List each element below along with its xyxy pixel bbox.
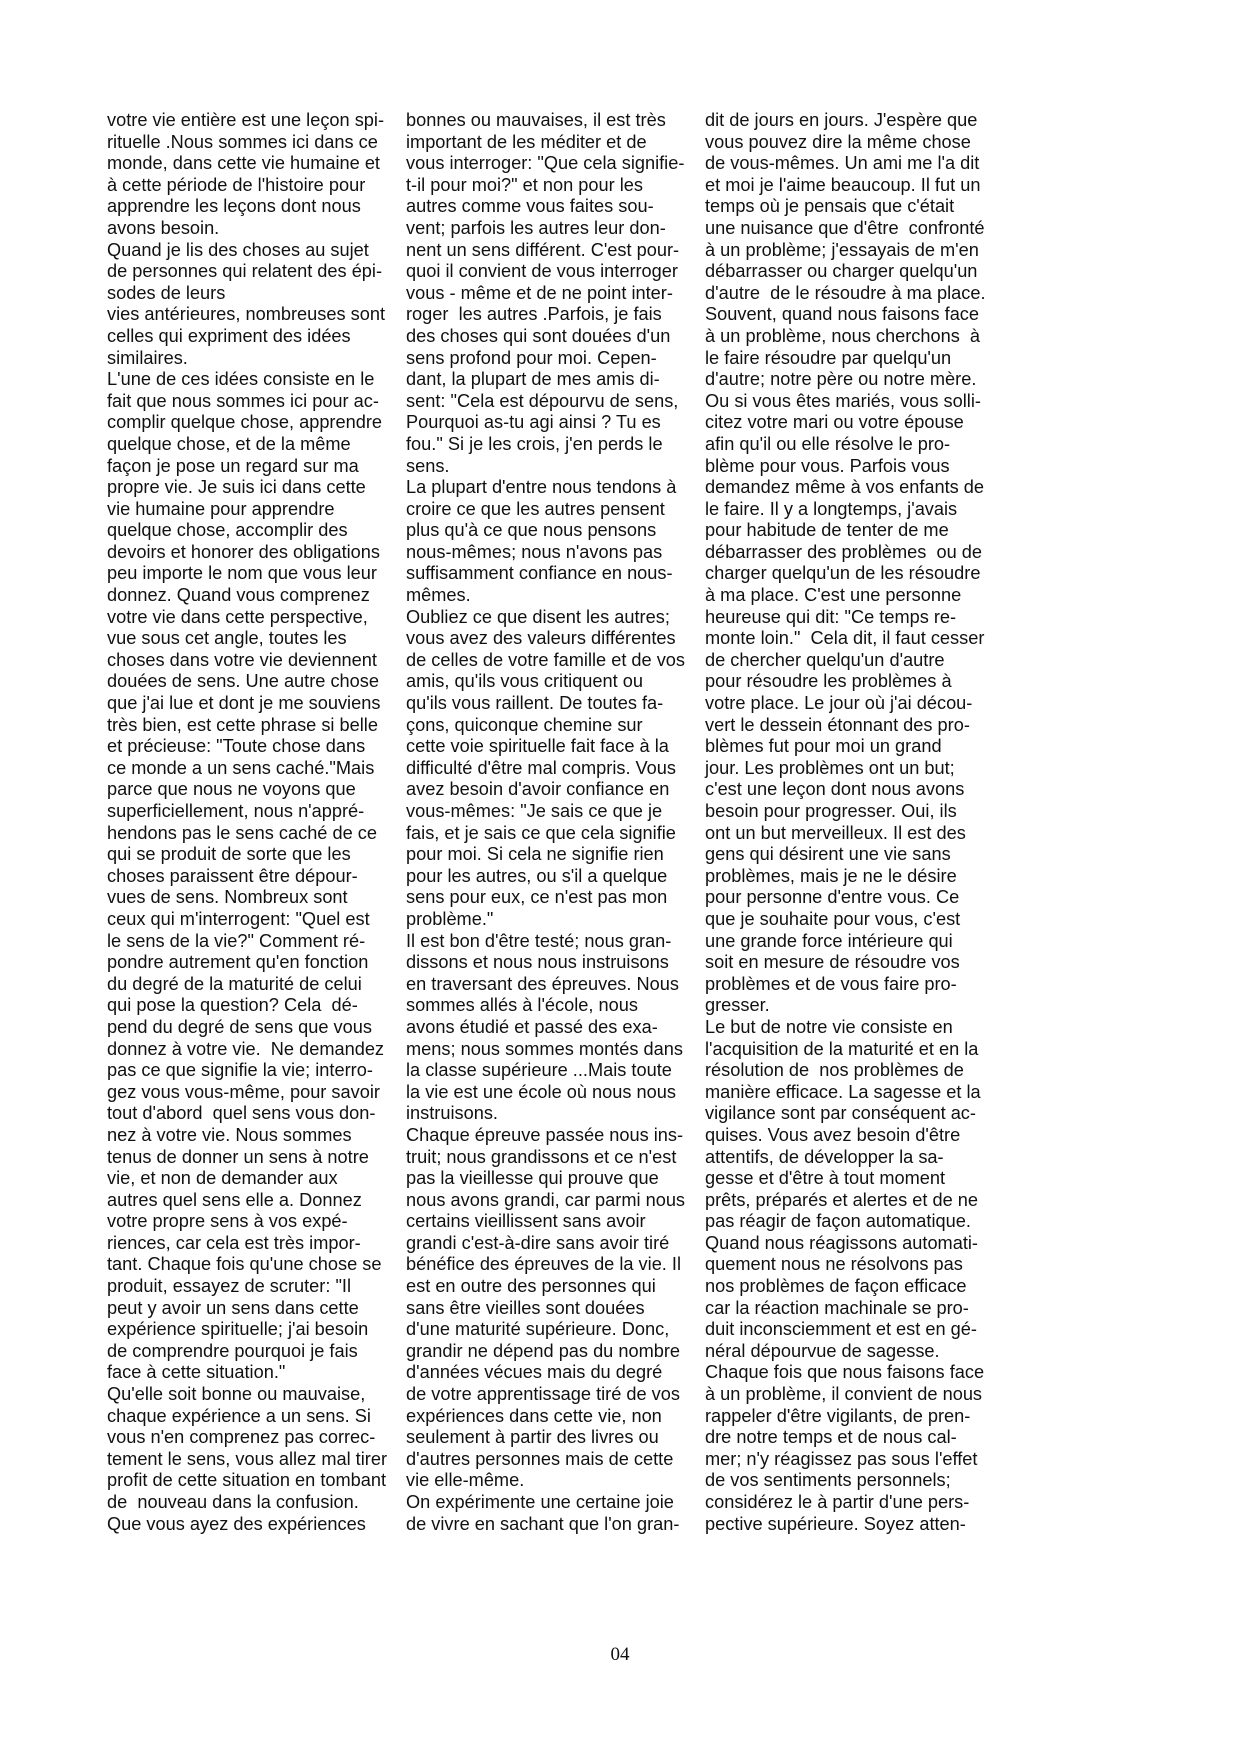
text-line: problèmes, mais je ne le désire: [705, 866, 1005, 888]
text-line: pondre autrement qu'en fonction: [107, 952, 397, 974]
text-line: vie humaine pour apprendre: [107, 499, 397, 521]
text-line: quelque chose, et de la même: [107, 434, 397, 456]
text-line: pour résoudre les problèmes à: [705, 671, 1005, 693]
text-line: de vos sentiments personnels;: [705, 1470, 1005, 1492]
text-line: ceux qui m'interrogent: "Quel est: [107, 909, 397, 931]
text-line: considérez le à partir d'une pers-: [705, 1492, 1005, 1514]
text-line: ce monde a un sens caché."Mais: [107, 758, 397, 780]
text-line: sens pour eux, ce n'est pas mon: [406, 887, 696, 909]
text-line: que j'ai lue et dont je me souviens: [107, 693, 397, 715]
text-line: vies antérieures, nombreuses sont: [107, 304, 397, 326]
text-line: monde, dans cette vie humaine et: [107, 153, 397, 175]
text-line: L'une de ces idées consiste en le: [107, 369, 397, 391]
text-line: vie, et non de demander aux: [107, 1168, 397, 1190]
text-line: car la réaction machinale se pro-: [705, 1298, 1005, 1320]
text-line: quement nous ne résolvons pas: [705, 1254, 1005, 1276]
text-line: rappeler d'être vigilants, de pren-: [705, 1406, 1005, 1428]
text-line: hendons pas le sens caché de ce: [107, 823, 397, 845]
text-line: est en outre des personnes qui: [406, 1276, 696, 1298]
text-line: vous avez des valeurs différentes: [406, 628, 696, 650]
text-line: fou." Si je les crois, j'en perds le: [406, 434, 696, 456]
text-line: grandir ne dépend pas du nombre: [406, 1341, 696, 1363]
text-line: néral dépourvue de sagesse.: [705, 1341, 1005, 1363]
text-line: superficiellement, nous n'appré-: [107, 801, 397, 823]
text-line: roger les autres .Parfois, je fais: [406, 304, 696, 326]
text-line: de comprendre pourquoi je fais: [107, 1341, 397, 1363]
text-line: propre vie. Je suis ici dans cette: [107, 477, 397, 499]
text-line: sommes allés à l'école, nous: [406, 995, 696, 1017]
page-number: 04: [0, 1644, 1240, 1666]
text-line: face à cette situation.": [107, 1362, 397, 1384]
text-line: choses dans votre vie deviennent: [107, 650, 397, 672]
text-line: demandez même à vos enfants de: [705, 477, 1005, 499]
text-line: vous-mêmes: "Je sais ce que je: [406, 801, 696, 823]
text-line: tement le sens, vous allez mal tirer: [107, 1449, 397, 1471]
text-line: croire ce que les autres pensent: [406, 499, 696, 521]
text-line: sodes de leurs: [107, 283, 397, 305]
text-line: difficulté d'être mal compris. Vous: [406, 758, 696, 780]
text-line: Souvent, quand nous faisons face: [705, 304, 1005, 326]
text-line: mêmes.: [406, 585, 696, 607]
text-line: tant. Chaque fois qu'une chose se: [107, 1254, 397, 1276]
text-line: fait que nous sommes ici pour ac-: [107, 391, 397, 413]
text-line: débarrasser des problèmes ou de: [705, 542, 1005, 564]
text-line: de nouveau dans la confusion.: [107, 1492, 397, 1514]
text-line: gesse et d'être à tout moment: [705, 1168, 1005, 1190]
text-line: cette voie spirituelle fait face à la: [406, 736, 696, 758]
text-line: vous interroger: "Que cela signifie-: [406, 153, 696, 175]
text-line: pas réagir de façon automatique.: [705, 1211, 1005, 1233]
text-column-1: votre vie entière est une leçon spi-ritu…: [107, 110, 397, 1535]
text-line: le faire. Il y a longtemps, j'avais: [705, 499, 1005, 521]
text-line: nent un sens différent. C'est pour-: [406, 240, 696, 262]
text-line: pour habitude de tenter de me: [705, 520, 1005, 542]
text-line: que je souhaite pour vous, c'est: [705, 909, 1005, 931]
text-line: Quand nous réagissons automati-: [705, 1233, 1005, 1255]
text-line: pour personne d'entre vous. Ce: [705, 887, 1005, 909]
text-line: à un problème; j'essayais de m'en: [705, 240, 1005, 262]
text-line: attentifs, de développer la sa-: [705, 1147, 1005, 1169]
text-line: en traversant des épreuves. Nous: [406, 974, 696, 996]
text-line: une nuisance que d'être confronté: [705, 218, 1005, 240]
text-line: donnez à votre vie. Ne demandez: [107, 1039, 397, 1061]
text-line: tenus de donner un sens à notre: [107, 1147, 397, 1169]
text-line: parce que nous ne voyons que: [107, 779, 397, 801]
text-line: la vie est une école où nous nous: [406, 1082, 696, 1104]
text-line: dre notre temps et de nous cal-: [705, 1427, 1005, 1449]
text-line: jour. Les problèmes ont un but;: [705, 758, 1005, 780]
text-line: à cette période de l'histoire pour: [107, 175, 397, 197]
text-line: citez votre mari ou votre épouse: [705, 412, 1005, 434]
text-line: dit de jours en jours. J'espère que: [705, 110, 1005, 132]
text-line: vous - même et de ne point inter-: [406, 283, 696, 305]
text-line: problème.": [406, 909, 696, 931]
text-line: nez à votre vie. Nous sommes: [107, 1125, 397, 1147]
text-line: ont un but merveilleux. Il est des: [705, 823, 1005, 845]
text-line: blème pour vous. Parfois vous: [705, 456, 1005, 478]
text-line: et précieuse: "Toute chose dans: [107, 736, 397, 758]
text-line: de vous-mêmes. Un ami me l'a dit: [705, 153, 1005, 175]
text-line: pective supérieure. Soyez atten-: [705, 1514, 1005, 1536]
text-line: avez besoin d'avoir confiance en: [406, 779, 696, 801]
text-line: quelque chose, accomplir des: [107, 520, 397, 542]
text-line: vent; parfois les autres leur don-: [406, 218, 696, 240]
text-line: bonnes ou mauvaises, il est très: [406, 110, 696, 132]
text-line: qui se produit de sorte que les: [107, 844, 397, 866]
text-line: Chaque fois que nous faisons face: [705, 1362, 1005, 1384]
text-line: qui pose la question? Cela dé-: [107, 995, 397, 1017]
text-line: à ma place. C'est une personne: [705, 585, 1005, 607]
text-line: seulement à partir des livres ou: [406, 1427, 696, 1449]
text-line: peut y avoir un sens dans cette: [107, 1298, 397, 1320]
text-line: pas ce que signifie la vie; interro-: [107, 1060, 397, 1082]
text-line: peu importe le nom que vous leur: [107, 563, 397, 585]
text-column-2: bonnes ou mauvaises, il est trèsimportan…: [406, 110, 696, 1535]
text-line: autres quel sens elle a. Donnez: [107, 1190, 397, 1212]
text-line: vous n'en comprenez pas correc-: [107, 1427, 397, 1449]
text-line: avons besoin.: [107, 218, 397, 240]
text-line: c'est une leçon dont nous avons: [705, 779, 1005, 801]
text-line: produit, essayez de scruter: "Il: [107, 1276, 397, 1298]
text-line: gez vous vous-même, pour savoir: [107, 1082, 397, 1104]
text-line: La plupart d'entre nous tendons à: [406, 477, 696, 499]
text-line: Qu'elle soit bonne ou mauvaise,: [107, 1384, 397, 1406]
text-line: à un problème, il convient de nous: [705, 1384, 1005, 1406]
text-line: afin qu'il ou elle résolve le pro-: [705, 434, 1005, 456]
text-line: donnez. Quand vous comprenez: [107, 585, 397, 607]
text-line: dissons et nous nous instruisons: [406, 952, 696, 974]
text-line: pour les autres, ou s'il a quelque: [406, 866, 696, 888]
text-line: bénéfice des épreuves de la vie. Il: [406, 1254, 696, 1276]
text-line: suffisamment confiance en nous-: [406, 563, 696, 585]
text-line: la classe supérieure ...Mais toute: [406, 1060, 696, 1082]
text-line: Pourquoi as-tu agi ainsi ? Tu es: [406, 412, 696, 434]
text-line: de vivre en sachant que l'on gran-: [406, 1514, 696, 1536]
text-line: le sens de la vie?" Comment ré-: [107, 931, 397, 953]
text-line: nous avons grandi, car parmi nous: [406, 1190, 696, 1212]
text-line: sent: "Cela est dépourvu de sens,: [406, 391, 696, 413]
text-line: Quand je lis des choses au sujet: [107, 240, 397, 262]
text-line: à un problème, nous cherchons à: [705, 326, 1005, 348]
text-line: le faire résoudre par quelqu'un: [705, 348, 1005, 370]
text-line: çons, quiconque chemine sur: [406, 715, 696, 737]
text-line: vie elle-même.: [406, 1470, 696, 1492]
text-line: votre vie dans cette perspective,: [107, 607, 397, 629]
text-line: d'autres personnes mais de cette: [406, 1449, 696, 1471]
text-line: important de les méditer et de: [406, 132, 696, 154]
text-line: Que vous ayez des expériences: [107, 1514, 397, 1536]
text-line: vert le dessein étonnant des pro-: [705, 715, 1005, 737]
text-line: duit inconsciemment et est en gé-: [705, 1319, 1005, 1341]
text-line: riences, car cela est très impor-: [107, 1233, 397, 1255]
text-line: rituelle .Nous sommes ici dans ce: [107, 132, 397, 154]
text-line: quoi il convient de vous interroger: [406, 261, 696, 283]
text-line: manière efficace. La sagesse et la: [705, 1082, 1005, 1104]
text-line: apprendre les leçons dont nous: [107, 196, 397, 218]
text-line: tout d'abord quel sens vous don-: [107, 1103, 397, 1125]
text-line: avons étudié et passé des exa-: [406, 1017, 696, 1039]
text-line: dant, la plupart de mes amis di-: [406, 369, 696, 391]
text-line: votre place. Le jour où j'ai décou-: [705, 693, 1005, 715]
text-line: temps où je pensais que c'était: [705, 196, 1005, 218]
text-line: expérience spirituelle; j'ai besoin: [107, 1319, 397, 1341]
text-line: très bien, est cette phrase si belle: [107, 715, 397, 737]
text-line: et moi je l'aime beaucoup. Il fut un: [705, 175, 1005, 197]
text-line: l'acquisition de la maturité et en la: [705, 1039, 1005, 1061]
text-line: sens profond pour moi. Cepen-: [406, 348, 696, 370]
text-line: On expérimente une certaine joie: [406, 1492, 696, 1514]
text-line: prêts, préparés et alertes et de ne: [705, 1190, 1005, 1212]
text-line: nos problèmes de façon efficace: [705, 1276, 1005, 1298]
text-line: d'autre; notre père ou notre mère.: [705, 369, 1005, 391]
text-line: blèmes fut pour moi un grand: [705, 736, 1005, 758]
text-line: pour moi. Si cela ne signifie rien: [406, 844, 696, 866]
text-line: problèmes et de vous faire pro-: [705, 974, 1005, 996]
text-line: celles qui expriment des idées: [107, 326, 397, 348]
text-line: pas la vieillesse qui prouve que: [406, 1168, 696, 1190]
text-line: fais, et je sais ce que cela signifie: [406, 823, 696, 845]
text-line: mens; nous sommes montés dans: [406, 1039, 696, 1061]
text-line: de votre apprentissage tiré de vos: [406, 1384, 696, 1406]
text-line: pend du degré de sens que vous: [107, 1017, 397, 1039]
text-line: vigilance sont par conséquent ac-: [705, 1103, 1005, 1125]
text-line: besoin pour progresser. Oui, ils: [705, 801, 1005, 823]
text-line: plus qu'à ce que nous pensons: [406, 520, 696, 542]
text-column-3: dit de jours en jours. J'espère quevous …: [705, 110, 1005, 1535]
text-line: du degré de la maturité de celui: [107, 974, 397, 996]
text-line: votre propre sens à vos expé-: [107, 1211, 397, 1233]
text-line: gens qui désirent une vie sans: [705, 844, 1005, 866]
text-line: qu'ils vous raillent. De toutes fa-: [406, 693, 696, 715]
text-line: choses paraissent être dépour-: [107, 866, 397, 888]
text-line: instruisons.: [406, 1103, 696, 1125]
text-line: Ou si vous êtes mariés, vous solli-: [705, 391, 1005, 413]
text-line: de personnes qui relatent des épi-: [107, 261, 397, 283]
text-line: grandi c'est-à-dire sans avoir tiré: [406, 1233, 696, 1255]
text-line: une grande force intérieure qui: [705, 931, 1005, 953]
text-line: Oubliez ce que disent les autres;: [406, 607, 696, 629]
text-line: chaque expérience a un sens. Si: [107, 1406, 397, 1428]
text-line: truit; nous grandissons et ce n'est: [406, 1147, 696, 1169]
text-line: vue sous cet angle, toutes les: [107, 628, 397, 650]
text-line: complir quelque chose, apprendre: [107, 412, 397, 434]
text-line: d'une maturité supérieure. Donc,: [406, 1319, 696, 1341]
text-line: sens.: [406, 456, 696, 478]
text-line: sans être vieilles sont douées: [406, 1298, 696, 1320]
text-line: débarrasser ou charger quelqu'un: [705, 261, 1005, 283]
text-line: t-il pour moi?" et non pour les: [406, 175, 696, 197]
text-line: profit de cette situation en tombant: [107, 1470, 397, 1492]
text-line: charger quelqu'un de les résoudre: [705, 563, 1005, 585]
text-line: d'années vécues mais du degré: [406, 1362, 696, 1384]
text-line: Il est bon d'être testé; nous gran-: [406, 931, 696, 953]
text-line: heureuse qui dit: "Ce temps re-: [705, 607, 1005, 629]
text-line: soit en mesure de résoudre vos: [705, 952, 1005, 974]
text-line: vous pouvez dire la même chose: [705, 132, 1005, 154]
text-line: douées de sens. Une autre chose: [107, 671, 397, 693]
text-line: gresser.: [705, 995, 1005, 1017]
text-line: similaires.: [107, 348, 397, 370]
text-line: de chercher quelqu'un d'autre: [705, 650, 1005, 672]
text-line: quises. Vous avez besoin d'être: [705, 1125, 1005, 1147]
text-line: Le but de notre vie consiste en: [705, 1017, 1005, 1039]
text-line: votre vie entière est une leçon spi-: [107, 110, 397, 132]
text-line: devoirs et honorer des obligations: [107, 542, 397, 564]
text-line: des choses qui sont douées d'un: [406, 326, 696, 348]
text-line: vues de sens. Nombreux sont: [107, 887, 397, 909]
text-line: Chaque épreuve passée nous ins-: [406, 1125, 696, 1147]
text-line: de celles de votre famille et de vos: [406, 650, 696, 672]
text-line: façon je pose un regard sur ma: [107, 456, 397, 478]
text-line: autres comme vous faites sou-: [406, 196, 696, 218]
text-line: amis, qu'ils vous critiquent ou: [406, 671, 696, 693]
document-page: votre vie entière est une leçon spi-ritu…: [0, 0, 1240, 1754]
text-line: d'autre de le résoudre à ma place.: [705, 283, 1005, 305]
text-line: expériences dans cette vie, non: [406, 1406, 696, 1428]
text-line: mer; n'y réagissez pas sous l'effet: [705, 1449, 1005, 1471]
text-line: certains vieillissent sans avoir: [406, 1211, 696, 1233]
text-line: nous-mêmes; nous n'avons pas: [406, 542, 696, 564]
text-line: monte loin." Cela dit, il faut cesser: [705, 628, 1005, 650]
text-line: résolution de nos problèmes de: [705, 1060, 1005, 1082]
